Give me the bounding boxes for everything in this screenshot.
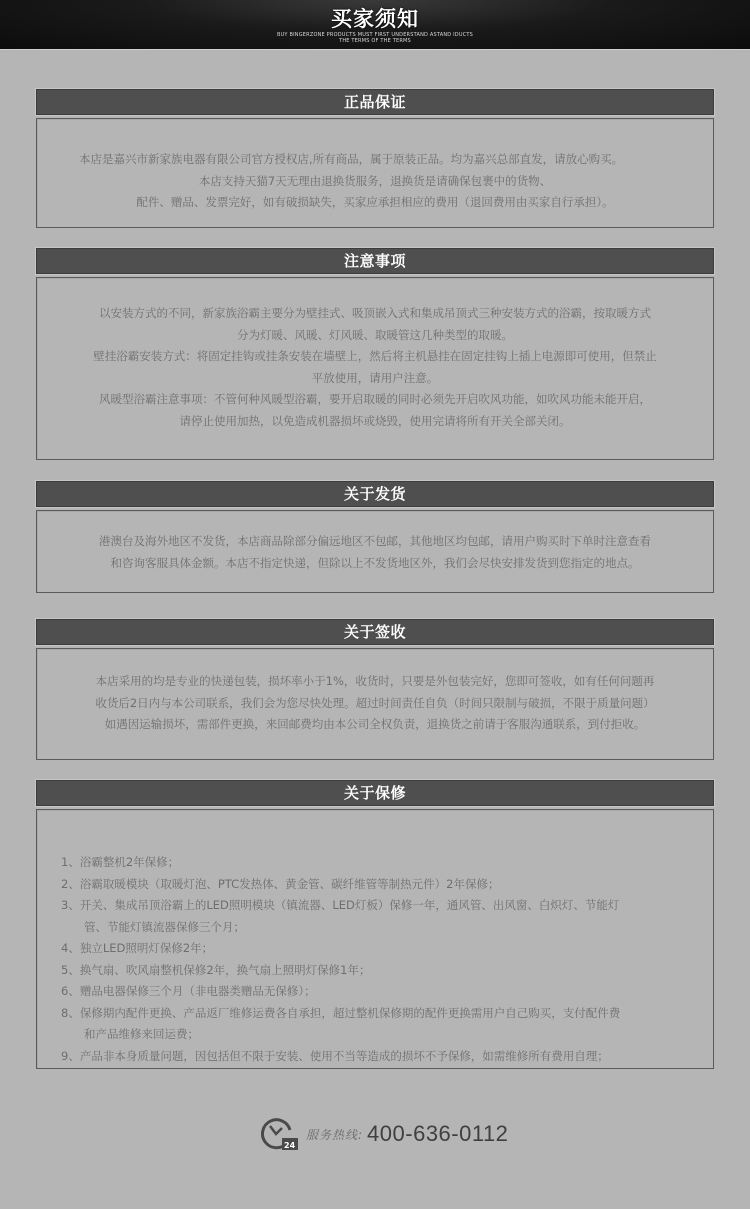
text-line: 请停止使用加热，以免造成机器损坏或烧毁，使用完请将所有开关全部关闭。 <box>37 411 713 433</box>
banner-subtitle: BUY BINGERZONE PRODUCTS MUST FIRST UNDER… <box>275 32 475 44</box>
section-authenticity: 正品保证 本店是嘉兴市新家族电器有限公司官方授权店,所有商品，属于原装正品。均为… <box>36 89 714 228</box>
list-item: 8、保修期内配件更换、产品返厂维修运费各自承担，超过整机保修期的配件更换需用户自… <box>61 1003 713 1025</box>
text-line: 收货后2日内与本公司联系，我们会为您尽快处理。超过时间责任自负（时间只限制与破损… <box>37 693 713 715</box>
text-line: 港澳台及海外地区不发货，本店商品除部分偏远地区不包邮，其他地区均包邮，请用户购买… <box>37 531 713 553</box>
text-line: 本店采用的均是专业的快递包装，损坏率小于1%，收货时，只要是外包装完好，您即可签… <box>37 671 713 693</box>
section-warranty: 关于保修 1、浴霸整机2年保修； 2、浴霸取暖模块（取暖灯泡、PTC发热体、黄金… <box>36 780 714 1069</box>
list-item: 管、节能灯镇流器保修三个月； <box>61 917 713 939</box>
list-item: 9、产品非本身质量问题，因包括但不限于安装、使用不当等造成的损坏不予保修，如需维… <box>61 1046 713 1068</box>
service-hotline: 24 服务热线: 400-636-0112 <box>260 1116 508 1152</box>
list-item: 2、浴霸取暖模块（取暖灯泡、PTC发热体、黄金管、碳纤维管等制热元件）2年保修； <box>61 874 713 896</box>
clock-24h-icon: 24 <box>260 1116 300 1152</box>
text-line: 以安装方式的不同，新家族浴霸主要分为壁挂式、吸顶嵌入式和集成吊顶式三种安装方式的… <box>37 303 713 325</box>
section-content: 本店是嘉兴市新家族电器有限公司官方授权店,所有商品，属于原装正品。均为嘉兴总部直… <box>36 118 714 228</box>
text-line: 平放使用，请用户注意。 <box>37 368 713 390</box>
list-item: 和产品维修来回运费； <box>61 1024 713 1046</box>
hotline-label: 服务热线: <box>306 1126 363 1143</box>
section-content: 本店采用的均是专业的快递包装，损坏率小于1%，收货时，只要是外包装完好，您即可签… <box>36 648 714 760</box>
text-line: 分为灯暖、风暖、灯风暖、取暖管这几种类型的取暖。 <box>37 325 713 347</box>
section-header: 关于保修 <box>36 780 714 806</box>
section-header: 关于发货 <box>36 481 714 507</box>
text-line: 如遇因运输损坏，需部件更换，来回邮费均由本公司全权负责，退换货之前请于客服沟通联… <box>37 714 713 736</box>
text-line: 配件、赠品、发票完好，如有破损缺失，买家应承担相应的费用（退回费用由买家自行承担… <box>37 192 713 214</box>
section-shipping: 关于发货 港澳台及海外地区不发货，本店商品除部分偏远地区不包邮，其他地区均包邮，… <box>36 481 714 593</box>
section-header: 正品保证 <box>36 89 714 115</box>
section-signing: 关于签收 本店采用的均是专业的快递包装，损坏率小于1%，收货时，只要是外包装完好… <box>36 619 714 760</box>
section-content: 1、浴霸整机2年保修； 2、浴霸取暖模块（取暖灯泡、PTC发热体、黄金管、碳纤维… <box>36 809 714 1069</box>
hotline-number[interactable]: 400-636-0112 <box>367 1121 508 1147</box>
text-line: 和咨询客服具体金额。本店不指定快递，但除以上不发货地区外，我们会尽快安排发货到您… <box>37 553 713 575</box>
list-item: 6、赠品电器保修三个月（非电器类赠品无保修）； <box>61 981 713 1003</box>
top-banner: 买家须知 BUY BINGERZONE PRODUCTS MUST FIRST … <box>0 0 750 50</box>
section-header: 关于签收 <box>36 619 714 645</box>
banner-subtitle-line-2: THE TERMS OF THE TERMS <box>275 38 475 44</box>
section-header: 注意事项 <box>36 248 714 274</box>
list-item: 5、换气扇、吹风扇整机保修2年，换气扇上照明灯保修1年； <box>61 960 713 982</box>
page-title: 买家须知 <box>0 0 750 30</box>
section-notes: 注意事项 以安装方式的不同，新家族浴霸主要分为壁挂式、吸顶嵌入式和集成吊顶式三种… <box>36 248 714 460</box>
list-item: 3、开关、集成吊顶浴霸上的LED照明模块（镇流器、LED灯板）保修一年，通风管、… <box>61 895 713 917</box>
text-line: 壁挂浴霸安装方式：将固定挂钩或挂条安装在墙壁上，然后将主机悬挂在固定挂钩上插上电… <box>37 346 713 368</box>
svg-text:24: 24 <box>284 1141 296 1150</box>
section-content: 港澳台及海外地区不发货，本店商品除部分偏远地区不包邮，其他地区均包邮，请用户购买… <box>36 510 714 593</box>
list-item: 1、浴霸整机2年保修； <box>61 852 713 874</box>
text-line: 本店是嘉兴市新家族电器有限公司官方授权店,所有商品，属于原装正品。均为嘉兴总部直… <box>37 149 713 171</box>
text-line: 风暖型浴霸注意事项：不管何种风暖型浴霸，要开启取暖的同时必须先开启吹风功能，如吹… <box>37 389 713 411</box>
text-line: 本店支持天猫7天无理由退换货服务，退换货是请确保包裹中的货物、 <box>37 171 713 193</box>
section-content: 以安装方式的不同，新家族浴霸主要分为壁挂式、吸顶嵌入式和集成吊顶式三种安装方式的… <box>36 277 714 460</box>
list-item: 4、独立LED照明灯保修2年； <box>61 938 713 960</box>
